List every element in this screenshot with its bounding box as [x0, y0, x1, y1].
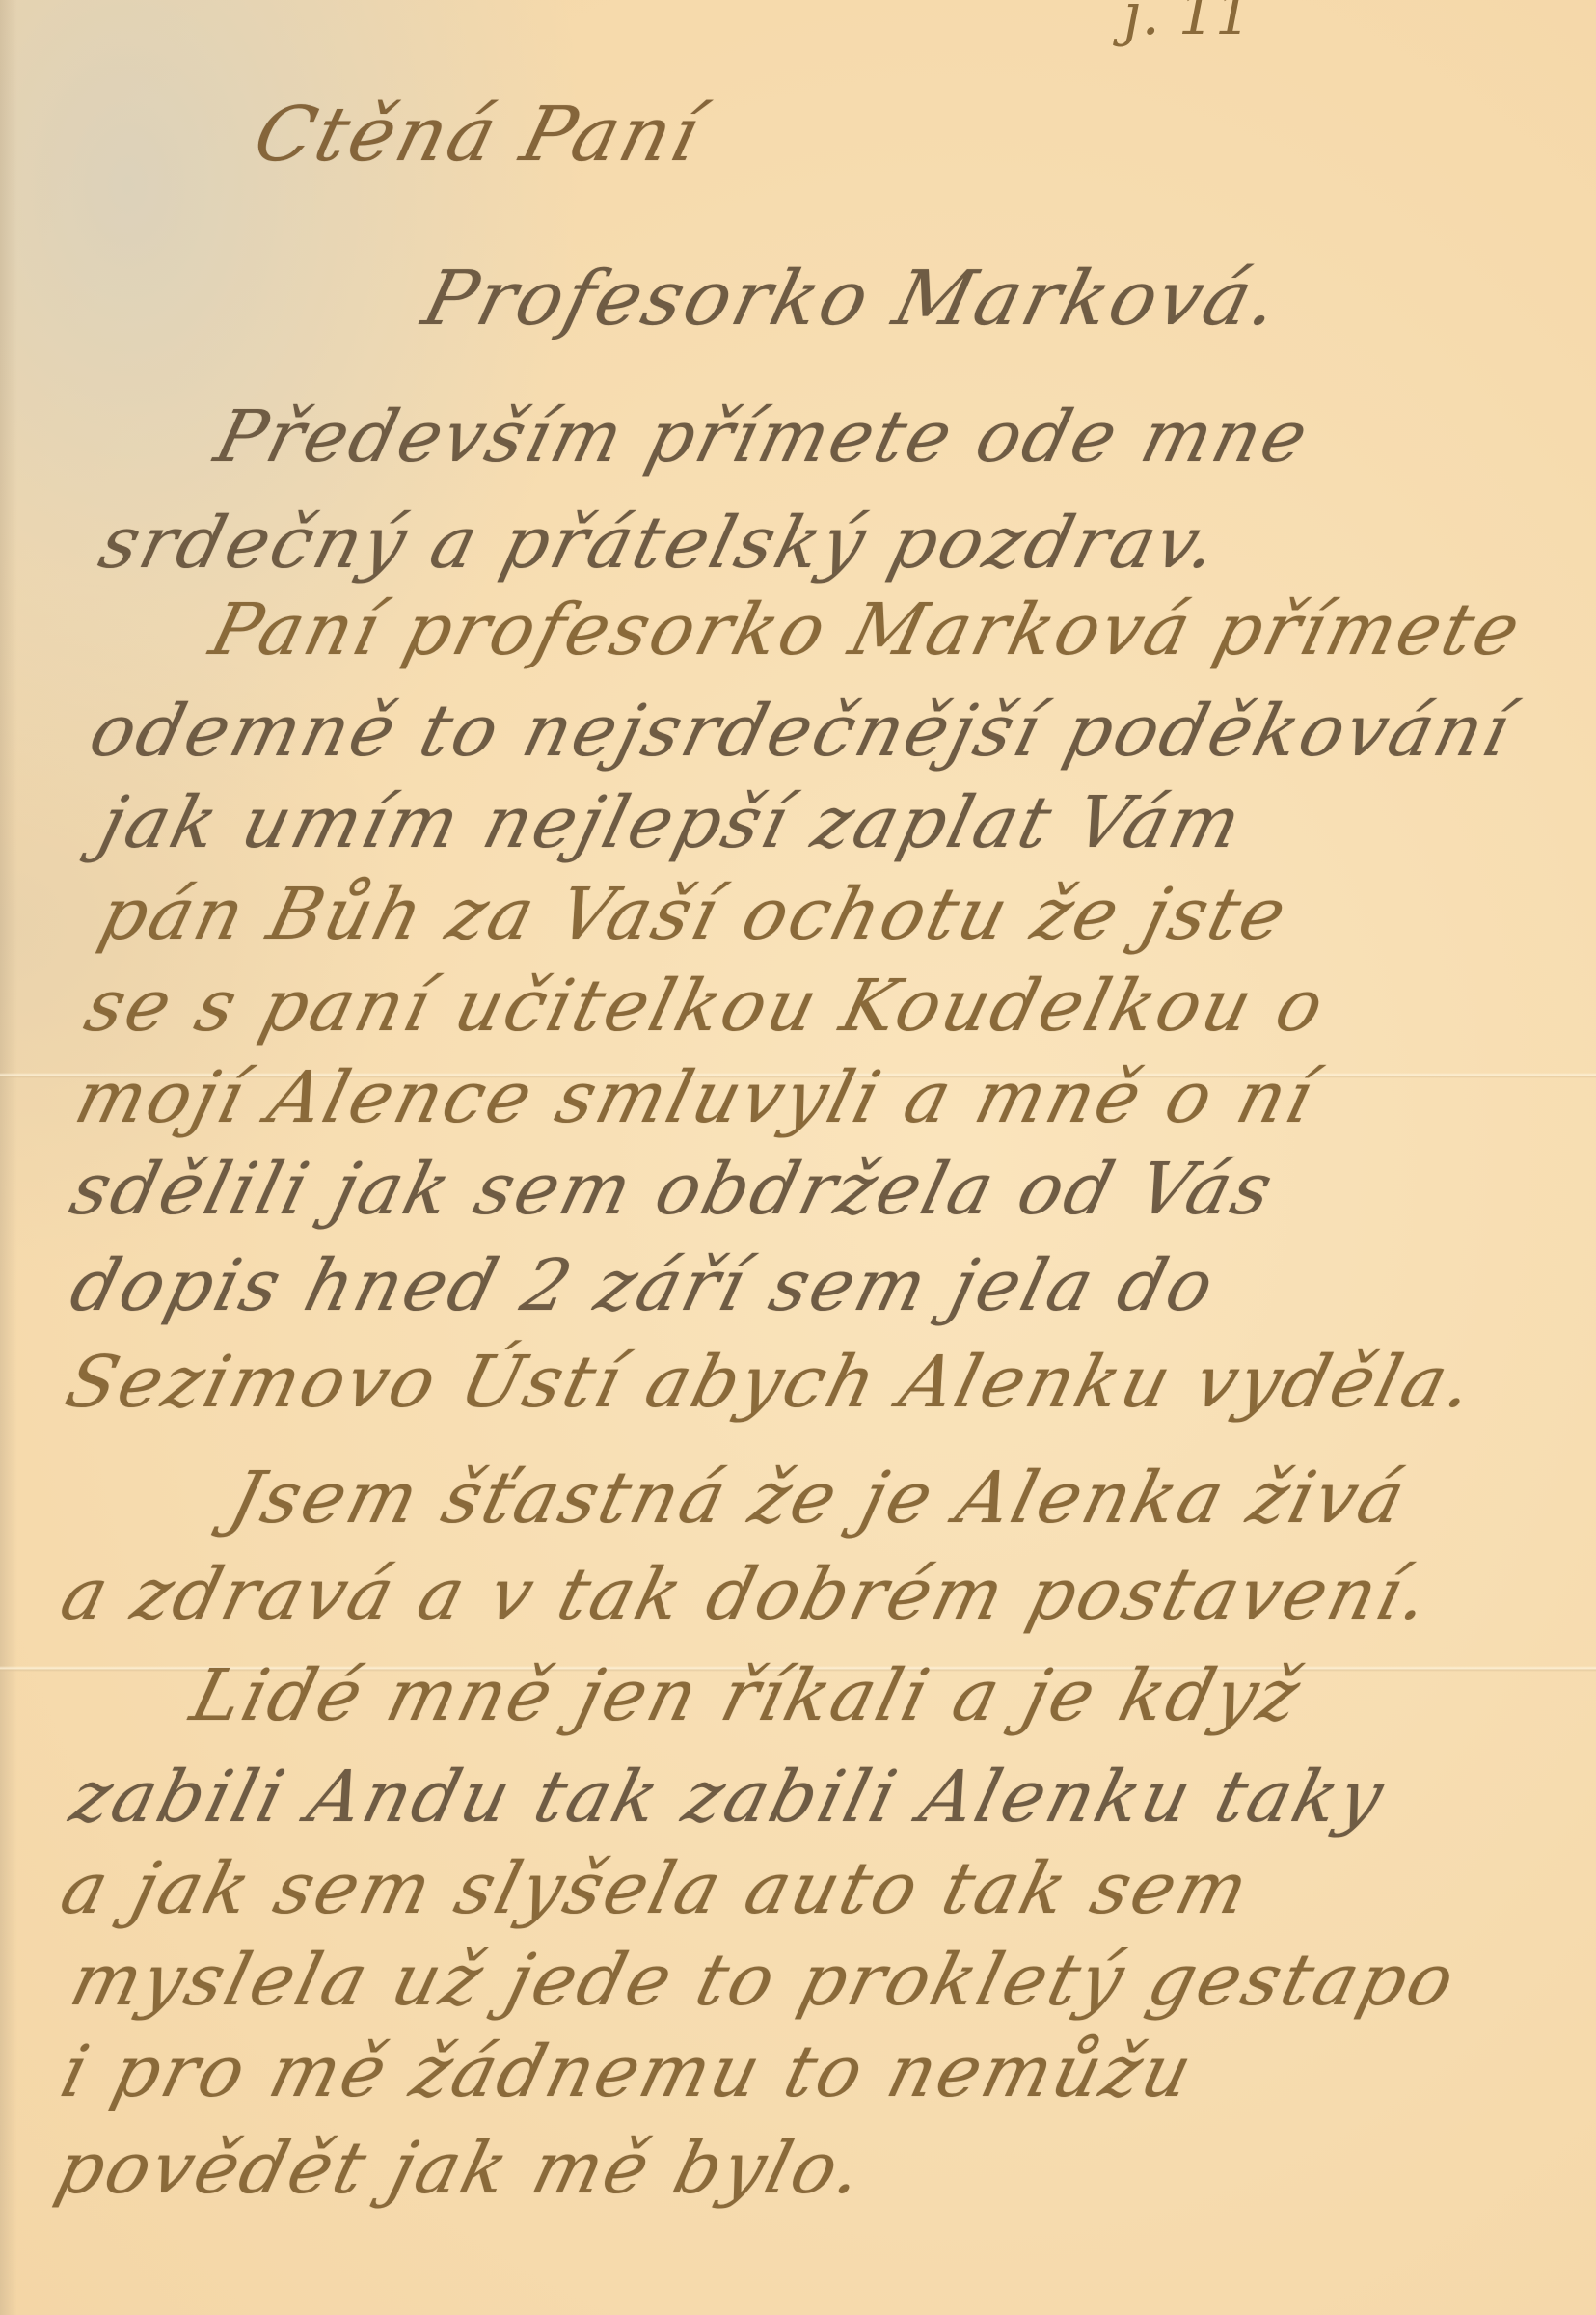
letter-line: pán Bůh za Vaší ochotu že jste [92, 873, 1297, 956]
letter-line: odemně to nejsrdečnější poděkování [82, 690, 1521, 773]
letter-line: a zdravá a v tak dobrém postavení. [53, 1553, 1440, 1636]
letter-line: Lidé mně jen říkali a je když [183, 1654, 1311, 1737]
letter-line: jak umím nejlepší zaplat Vám [92, 781, 1252, 864]
letter-line: sdělili jak sem obdržela od Vás [63, 1148, 1284, 1231]
letter-line: dopis hned 2 září sem jela do [63, 1244, 1225, 1327]
paper-edge-shadow [0, 0, 17, 2315]
letter-line: Především přímete ode mne [207, 395, 1318, 478]
letter-line: a jak sem slyšela auto tak sem [53, 1847, 1258, 1930]
letter-line: srdečný a přátelský pozdrav. [92, 502, 1229, 585]
corner-fragment: j. 11 [1123, 0, 1252, 48]
letter-line: mojí Alence smluvyli a mně o ní [68, 1056, 1324, 1139]
letter-line: zabili Andu tak zabili Alenku taky [63, 1756, 1393, 1838]
letter-page: j. 11 Ctěná Paní Profesorko Marková. Pře… [0, 0, 1596, 2315]
letter-line: Jsem šťastná že je Alenka živá [222, 1457, 1416, 1539]
letter-line: se s paní učitelkou Koudelkou o [77, 965, 1335, 1048]
salutation-line-2: Profesorko Marková. [415, 256, 1290, 342]
letter-line: povědět jak mě bylo. [48, 2127, 874, 2210]
letter-line: Paní profesorko Marková přímete [203, 588, 1530, 671]
letter-line: myslela už jede to prokletý gestapo [63, 1939, 1465, 2022]
letter-line: Sezimovo Ústí abych Alenku vyděla. [58, 1341, 1484, 1424]
letter-line: i pro mě žádnemu to nemůžu [53, 2030, 1203, 2113]
salutation-line-1: Ctěná Paní [246, 92, 711, 178]
